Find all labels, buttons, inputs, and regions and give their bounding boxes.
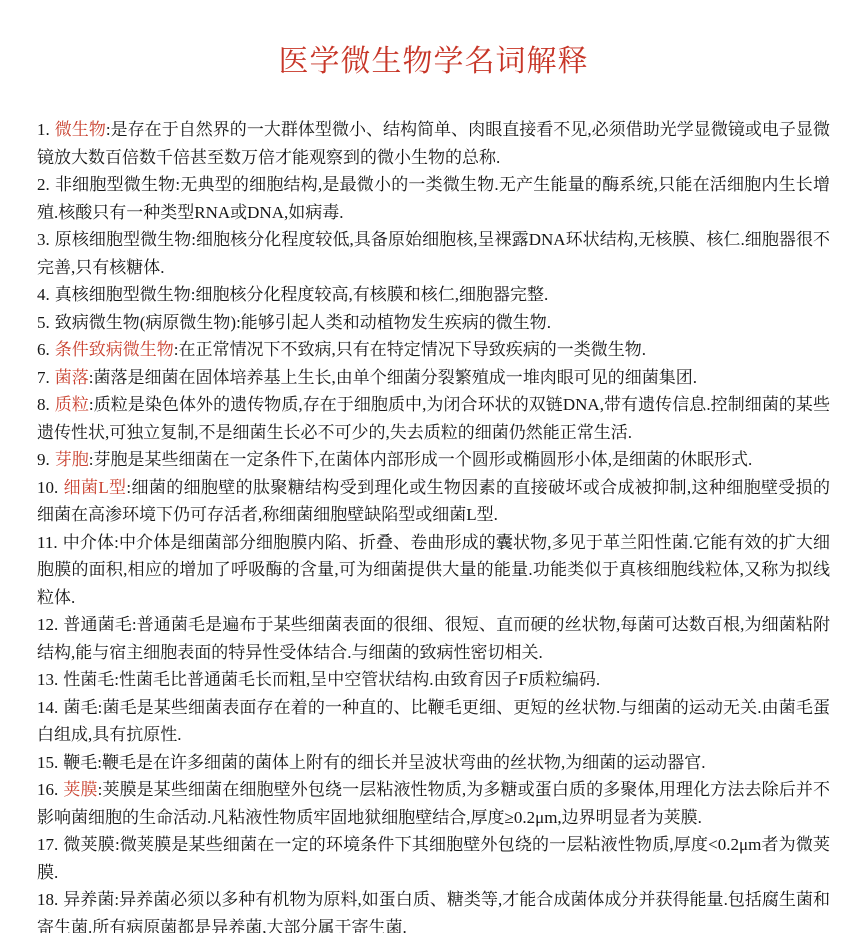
item-term: 菌落 [55, 368, 89, 387]
definition-item: 1.微生物:是存在于自然界的一大群体型微小、结构简单、肉眼直接看不见,必须借助光… [37, 116, 830, 171]
definition-item: 7.菌落:菌落是细菌在固体培养基上生长,由单个细菌分裂繁殖成一堆肉眼可见的细菌集… [37, 364, 830, 392]
definitions-list: 1.微生物:是存在于自然界的一大群体型微小、结构简单、肉眼直接看不见,必须借助光… [37, 116, 830, 933]
item-number: 8. [37, 395, 50, 414]
definition-item: 6.条件致病微生物:在正常情况下不致病,只有在特定情况下导致疾病的一类微生物. [37, 336, 830, 364]
item-number: 1. [37, 120, 50, 139]
item-definition: :能够引起人类和动植物发生疾病的微生物. [236, 313, 551, 332]
item-number: 13. [37, 670, 58, 689]
definition-item: 12.普通菌毛:普通菌毛是遍布于某些细菌表面的很细、很短、直而硬的丝状物,每菌可… [37, 611, 830, 666]
item-number: 5. [37, 313, 50, 332]
item-term: 菌毛 [63, 698, 97, 717]
definition-item: 4.真核细胞型微生物:细胞核分化程度较高,有核膜和核仁,细胞器完整. [37, 281, 830, 309]
item-term: 细菌L型 [63, 478, 126, 497]
item-term: 真核细胞型微生物 [55, 285, 191, 304]
item-term: 鞭毛 [63, 753, 97, 772]
item-definition: :普通菌毛是遍布于某些细菌表面的很细、很短、直而硬的丝状物,每菌可达数百根,为细… [37, 615, 830, 662]
definition-item: 10.细菌L型:细菌的细胞壁的肽聚糖结构受到理化或生物因素的直接破坏或合成被抑制… [37, 474, 830, 529]
definition-item: 2.非细胞型微生物:无典型的细胞结构,是最微小的一类微生物.无产生能量的酶系统,… [37, 171, 830, 226]
item-term: 条件致病微生物 [55, 340, 174, 359]
item-term: 芽胞 [55, 450, 89, 469]
item-definition: :细菌的细胞壁的肽聚糖结构受到理化或生物因素的直接破坏或合成被抑制,这种细胞壁受… [37, 478, 830, 525]
item-term: 质粒 [55, 395, 89, 414]
item-term: 异养菌 [63, 890, 114, 909]
item-term: 原核细胞型微生物 [55, 230, 192, 249]
item-term: 中介体 [63, 533, 115, 552]
item-definition: :是存在于自然界的一大群体型微小、结构简单、肉眼直接看不见,必须借助光学显微镜或… [37, 120, 830, 167]
item-number: 4. [37, 285, 50, 304]
item-number: 18. [37, 890, 58, 909]
definition-item: 16.荚膜:荚膜是某些细菌在细胞壁外包绕一层粘液性物质,为多糖或蛋白质的多聚体,… [37, 776, 830, 831]
item-definition: :菌落是细菌在固体培养基上生长,由单个细菌分裂繁殖成一堆肉眼可见的细菌集团. [89, 368, 697, 387]
item-definition: :芽胞是某些细菌在一定条件下,在菌体内部形成一个圆形或椭圆形小体,是细菌的休眠形… [89, 450, 752, 469]
item-term: 微荚膜 [63, 835, 115, 854]
item-number: 11. [37, 533, 58, 552]
definition-item: 5.致病微生物(病原微生物):能够引起人类和动植物发生疾病的微生物. [37, 309, 830, 337]
document-page: 医学微生物学名词解释 1.微生物:是存在于自然界的一大群体型微小、结构简单、肉眼… [0, 0, 867, 933]
item-number: 9. [37, 450, 50, 469]
definition-item: 11.中介体:中介体是细菌部分细胞膜内陷、折叠、卷曲形成的囊状物,多见于革兰阳性… [37, 529, 830, 612]
item-number: 10. [37, 478, 58, 497]
item-term: 荚膜 [63, 780, 97, 799]
definition-item: 9.芽胞:芽胞是某些细菌在一定条件下,在菌体内部形成一个圆形或椭圆形小体,是细菌… [37, 446, 830, 474]
document-title: 医学微生物学名词解释 [37, 36, 830, 80]
item-term: 非细胞型微生物 [55, 175, 176, 194]
item-number: 14. [37, 698, 58, 717]
item-number: 7. [37, 368, 50, 387]
item-term: 微生物 [55, 120, 106, 139]
item-definition: :细胞核分化程度较高,有核膜和核仁,细胞器完整. [191, 285, 548, 304]
item-definition: :中介体是细菌部分细胞膜内陷、折叠、卷曲形成的囊状物,多见于革兰阳性菌.它能有效… [37, 533, 830, 607]
definition-item: 14.菌毛:菌毛是某些细菌表面存在着的一种直的、比鞭毛更细、更短的丝状物.与细菌… [37, 694, 830, 749]
item-number: 17. [37, 835, 58, 854]
item-definition: :在正常情况下不致病,只有在特定情况下导致疾病的一类微生物. [174, 340, 646, 359]
definition-item: 8.质粒:质粒是染色体外的遗传物质,存在于细胞质中,为闭合环状的双链DNA,带有… [37, 391, 830, 446]
item-definition: :菌毛是某些细菌表面存在着的一种直的、比鞭毛更细、更短的丝状物.与细菌的运动无关… [37, 698, 830, 745]
item-number: 6. [37, 340, 50, 359]
item-term: 致病微生物(病原微生物) [55, 313, 236, 332]
item-definition: :性菌毛比普通菌毛长而粗,呈中空管状结构.由致育因子F质粒编码. [114, 670, 600, 689]
definition-item: 15.鞭毛:鞭毛是在许多细菌的菌体上附有的细长并呈波状弯曲的丝状物,为细菌的运动… [37, 749, 830, 777]
item-number: 12. [37, 615, 58, 634]
item-term: 普通菌毛 [63, 615, 132, 634]
definition-item: 3.原核细胞型微生物:细胞核分化程度较低,具备原始细胞核,呈裸露DNA环状结构,… [37, 226, 830, 281]
item-number: 2. [37, 175, 50, 194]
item-definition: :荚膜是某些细菌在细胞壁外包绕一层粘液性物质,为多糖或蛋白质的多聚体,用理化方法… [37, 780, 830, 827]
item-definition: :质粒是染色体外的遗传物质,存在于细胞质中,为闭合环状的双链DNA,带有遗传信息… [37, 395, 830, 442]
item-definition: :微荚膜是某些细菌在一定的环境条件下其细胞壁外包绕的一层粘液性物质,厚度<0.2… [37, 835, 830, 882]
definition-item: 17.微荚膜:微荚膜是某些细菌在一定的环境条件下其细胞壁外包绕的一层粘液性物质,… [37, 831, 830, 886]
item-number: 3. [37, 230, 50, 249]
definition-item: 13.性菌毛:性菌毛比普通菌毛长而粗,呈中空管状结构.由致育因子F质粒编码. [37, 666, 830, 694]
item-definition: :异养菌必须以多种有机物为原料,如蛋白质、糖类等,才能合成菌体成分并获得能量.包… [37, 890, 830, 933]
item-term: 性菌毛 [63, 670, 114, 689]
definition-item: 18.异养菌:异养菌必须以多种有机物为原料,如蛋白质、糖类等,才能合成菌体成分并… [37, 886, 830, 933]
item-number: 15. [37, 753, 58, 772]
item-number: 16. [37, 780, 58, 799]
item-definition: :鞭毛是在许多细菌的菌体上附有的细长并呈波状弯曲的丝状物,为细菌的运动器官. [97, 753, 705, 772]
